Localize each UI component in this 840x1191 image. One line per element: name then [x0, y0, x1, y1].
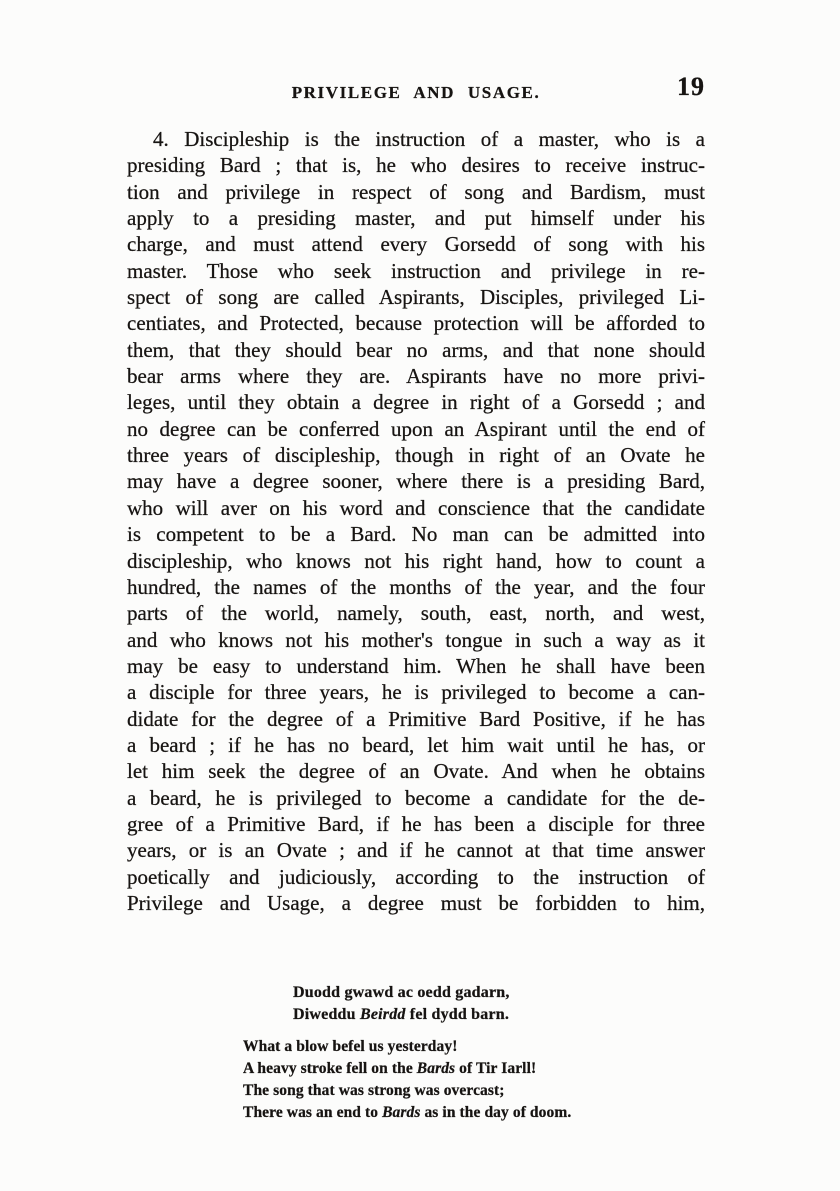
verse-line: A heavy stroke fell on the Bards of Tir … — [243, 1058, 571, 1080]
body-line: presiding Bard ; that is, he who desires… — [127, 152, 705, 178]
body-line: 4. Discipleship is the instruction of a … — [127, 126, 705, 152]
verse-text: Duodd gwawd ac oedd gadarn, — [293, 984, 510, 1001]
verse-line: What a blow befel us yesterday! — [243, 1036, 571, 1058]
body-line: Privilege and Usage, a degree must be fo… — [127, 890, 705, 916]
body-line: who will aver on his word and conscience… — [127, 495, 705, 521]
body-line: hundred, the names of the months of the … — [127, 574, 705, 600]
body-line: spect of song are called Aspirants, Disc… — [127, 284, 705, 310]
body-line: no degree can be conferred upon an Aspir… — [127, 416, 705, 442]
body-line: master. Those who seek instruction and p… — [127, 258, 705, 284]
body-line: may have a degree sooner, where there is… — [127, 468, 705, 494]
body-line: didate for the degree of a Primitive Bar… — [127, 706, 705, 732]
body-line: a beard ; if he has no beard, let him wa… — [127, 732, 705, 758]
running-title: PRIVILEGE AND USAGE. — [127, 83, 705, 103]
body-line: and who knows not his mother's tongue in… — [127, 627, 705, 653]
verse-line: Duodd gwawd ac oedd gadarn, — [293, 982, 510, 1004]
page-number: 19 — [677, 72, 705, 102]
body-line: may be easy to understand him. When he s… — [127, 653, 705, 679]
body-line: three years of discipleship, though in r… — [127, 442, 705, 468]
body-line: let him seek the degree of an Ovate. And… — [127, 758, 705, 784]
body-line: years, or is an Ovate ; and if he cannot… — [127, 837, 705, 863]
verse-text: fel dydd barn. — [406, 1006, 509, 1023]
verse-text: of Tir Iarll! — [455, 1060, 536, 1077]
verse-text: What a blow befel us yesterday! — [243, 1038, 458, 1055]
body-line: tion and privilege in respect of song an… — [127, 179, 705, 205]
english-verse: What a blow befel us yesterday! A heavy … — [243, 1036, 571, 1124]
body-line: is competent to be a Bard. No man can be… — [127, 521, 705, 547]
italic-word: Bards — [382, 1104, 420, 1121]
book-page: PRIVILEGE AND USAGE. 19 4. Discipleship … — [0, 0, 840, 1191]
body-line: charge, and must attend every Gorsedd of… — [127, 231, 705, 257]
verse-line: The song that was strong was overcast; — [243, 1080, 571, 1102]
body-line: centiates, and Protected, because protec… — [127, 310, 705, 336]
body-line: leges, until they obtain a degree in rig… — [127, 389, 705, 415]
italic-word: Bards — [417, 1060, 455, 1077]
verse-line: There was an end to Bards as in the day … — [243, 1102, 571, 1124]
verse-text: as in the day of doom. — [420, 1104, 571, 1121]
body-line: a disciple for three years, he is privil… — [127, 679, 705, 705]
verse-text: A heavy stroke fell on the — [243, 1060, 417, 1077]
body-line: a beard, he is privileged to become a ca… — [127, 785, 705, 811]
body-line: apply to a presiding master, and put him… — [127, 205, 705, 231]
verse-text: Diweddu — [293, 1006, 360, 1023]
body-line: them, that they should bear no arms, and… — [127, 337, 705, 363]
body-line: gree of a Primitive Bard, if he has been… — [127, 811, 705, 837]
verse-line: Diweddu Beirdd fel dydd barn. — [293, 1004, 510, 1026]
body-line: discipleship, who knows not his right ha… — [127, 548, 705, 574]
welsh-verse: Duodd gwawd ac oedd gadarn, Diweddu Beir… — [293, 982, 510, 1026]
verse-text: The song that was strong was overcast; — [243, 1082, 505, 1099]
body-line: poetically and judiciously, according to… — [127, 864, 705, 890]
verse-text: There was an end to — [243, 1104, 382, 1121]
body-line: bear arms where they are. Aspirants have… — [127, 363, 705, 389]
italic-word: Beirdd — [360, 1006, 406, 1023]
body-line: parts of the world, namely, south, east,… — [127, 600, 705, 626]
body-paragraph: 4. Discipleship is the instruction of a … — [127, 126, 705, 916]
page-header: PRIVILEGE AND USAGE. 19 — [127, 74, 705, 110]
